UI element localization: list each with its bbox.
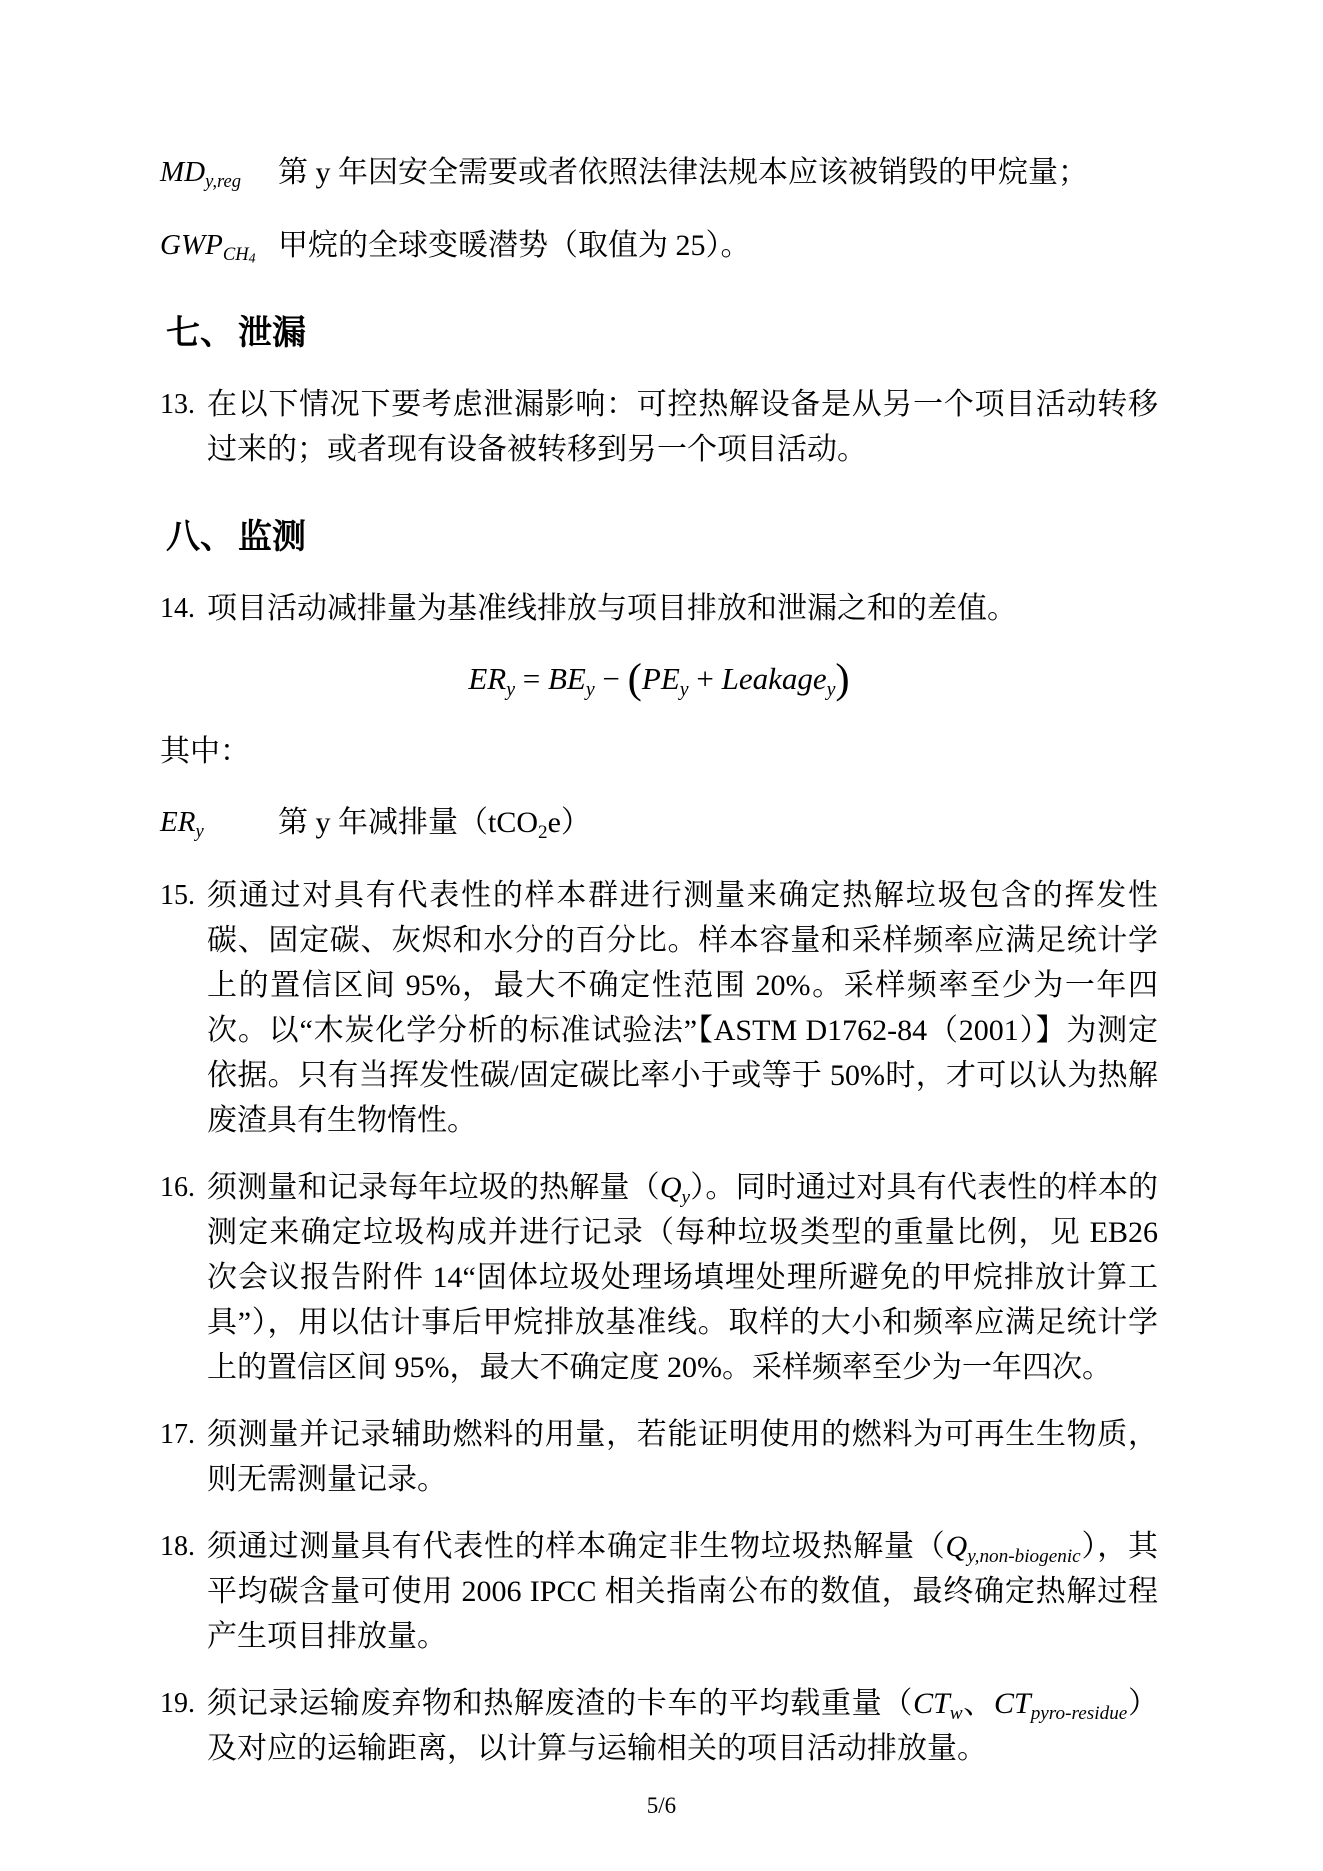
section-heading-monitoring: 八、监测 <box>166 514 1158 562</box>
item-text: 项目活动减排量为基准线排放与项目排放和泄漏之和的差值。 <box>207 586 1158 631</box>
item-text: 须通过测量具有代表性的样本确定非生物垃圾热解量（Qy,non-biogenic）… <box>207 1524 1158 1659</box>
list-item-18: 18. 须通过测量具有代表性的样本确定非生物垃圾热解量（Qy,non-bioge… <box>160 1524 1158 1659</box>
item-text: 须测量和记录每年垃圾的热解量（Qy）。同时通过对具有代表性的样本的测定来确定垃圾… <box>207 1165 1158 1390</box>
page-number: 5/6 <box>647 1793 676 1818</box>
equation-emission-reduction: ERy = BEy − (PEy + Leakagey) <box>160 655 1158 703</box>
definition-term-er: ERy <box>160 800 278 845</box>
section-title: 泄漏 <box>238 315 306 352</box>
list-item-19: 19. 须记录运输废弃物和热解废渣的卡车的平均载重量（CTw、CTpyro-re… <box>160 1681 1158 1771</box>
list-item-13: 13. 在以下情况下要考虑泄漏影响：可控热解设备是从另一个项目活动转移过来的；或… <box>160 382 1158 472</box>
section-number: 八、 <box>166 519 234 556</box>
item-text: 须通过对具有代表性的样本群进行测量来确定热解垃圾包含的挥发性碳、固定碳、灰烬和水… <box>207 873 1158 1143</box>
document-page: MDy,reg 第 y 年因安全需要或者依照法律法规本应该被销毁的甲烷量； GW… <box>0 0 1323 1871</box>
definition-term-md: MDy,reg <box>160 150 278 195</box>
item-text: 须测量并记录辅助燃料的用量，若能证明使用的燃料为可再生生物质，则无需测量记录。 <box>207 1412 1158 1502</box>
definition-row: ERy 第 y 年减排量（tCO2e） <box>160 800 1158 845</box>
list-item-17: 17. 须测量并记录辅助燃料的用量，若能证明使用的燃料为可再生生物质，则无需测量… <box>160 1412 1158 1502</box>
list-item-15: 15. 须通过对具有代表性的样本群进行测量来确定热解垃圾包含的挥发性碳、固定碳、… <box>160 873 1158 1143</box>
item-number: 13. <box>160 382 207 472</box>
definition-description: 甲烷的全球变暖潜势（取值为 25）。 <box>278 223 1158 268</box>
list-item-14: 14. 项目活动减排量为基准线排放与项目排放和泄漏之和的差值。 <box>160 586 1158 631</box>
where-label: 其中： <box>160 729 1158 774</box>
definition-term-gwp: GWPCH4 <box>160 223 278 268</box>
definition-description: 第 y 年减排量（tCO2e） <box>278 800 1158 845</box>
definition-description: 第 y 年因安全需要或者依照法律法规本应该被销毁的甲烷量； <box>278 150 1158 195</box>
item-number: 14. <box>160 586 207 631</box>
page-footer: 5/6 <box>0 1793 1323 1819</box>
list-item-16: 16. 须测量和记录每年垃圾的热解量（Qy）。同时通过对具有代表性的样本的测定来… <box>160 1165 1158 1390</box>
section-heading-leakage: 七、泄漏 <box>166 310 1158 358</box>
item-number: 16. <box>160 1165 207 1390</box>
definition-row: MDy,reg 第 y 年因安全需要或者依照法律法规本应该被销毁的甲烷量； <box>160 150 1158 195</box>
item-number: 18. <box>160 1524 207 1659</box>
item-text: 须记录运输废弃物和热解废渣的卡车的平均载重量（CTw、CTpyro-residu… <box>207 1681 1158 1771</box>
item-number: 19. <box>160 1681 207 1771</box>
item-number: 17. <box>160 1412 207 1502</box>
item-text: 在以下情况下要考虑泄漏影响：可控热解设备是从另一个项目活动转移过来的；或者现有设… <box>207 382 1158 472</box>
page-content: MDy,reg 第 y 年因安全需要或者依照法律法规本应该被销毁的甲烷量； GW… <box>160 150 1158 1793</box>
section-title: 监测 <box>238 519 306 556</box>
definition-row: GWPCH4 甲烷的全球变暖潜势（取值为 25）。 <box>160 223 1158 268</box>
item-number: 15. <box>160 873 207 1143</box>
section-number: 七、 <box>166 315 234 352</box>
